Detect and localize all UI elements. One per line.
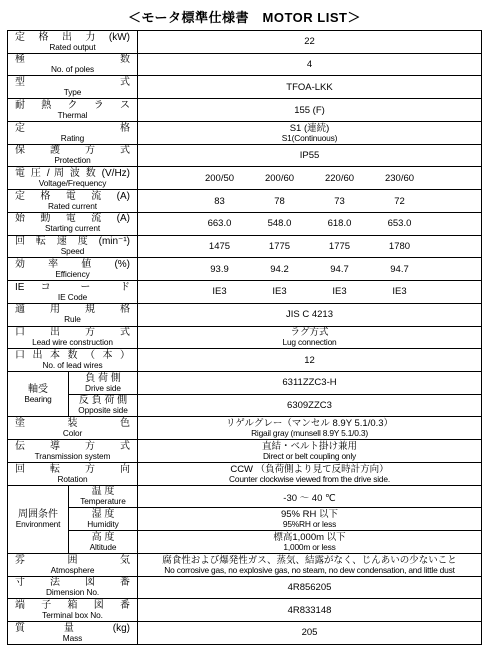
table-row: 電 圧 / 周 波 数 (V/Hz)Voltage/Frequency200/5…	[8, 167, 482, 190]
value-col-1: 200/50	[190, 173, 250, 184]
row-value-cell: 663.0548.0618.0653.0	[138, 212, 482, 235]
row-value-cell: ラグ方式Lug connection	[138, 326, 482, 349]
row-label-en: Drive side	[69, 384, 137, 394]
table-row: 回 転 速 度 (min⁻¹)Speed1475177517751780	[8, 235, 482, 258]
table-row: 雰 囲 気Atmosphere腐食性および爆発性ガス、蒸気、結露がなく、じんあい…	[8, 553, 482, 576]
row-value-cell: 200/50200/60220/60230/60	[138, 167, 482, 190]
value-columns: IE3IE3IE3IE3	[138, 286, 481, 297]
value-col-1: 83	[190, 196, 250, 207]
row-value-cell: 83787372	[138, 190, 482, 213]
row-label-en: No. of lead wires	[8, 361, 137, 371]
value-col-2: IE3	[250, 286, 310, 297]
row-label-en: Rotation	[8, 475, 137, 485]
page-title: ＜モータ標準仕様書 MOTOR LIST＞	[0, 7, 489, 26]
row-value-cell: S1 (連続)S1(Continuous)	[138, 121, 482, 144]
row-value: 22	[138, 36, 481, 47]
row-value-cell: 標高1,000m 以下1,000m or less	[138, 531, 482, 554]
value-columns: 663.0548.0618.0653.0	[138, 218, 481, 229]
row-value-cell: -30 ～ 40 ℃	[138, 485, 482, 508]
value-col-4: IE3	[370, 286, 430, 297]
row-value: 4R833148	[138, 605, 481, 616]
row-label-jp: 回 転 方 向	[8, 464, 137, 475]
value-columns: 200/50200/60220/60230/60	[138, 173, 481, 184]
row-label-en: Altitude	[69, 543, 137, 553]
row-value-cell: リゲルグレー（マンセル 8.9Y 5.1/0.3）Rigail gray (mu…	[138, 417, 482, 440]
row-label-jp: 定 格	[8, 123, 137, 134]
row-label-cell: 耐 熱 ク ラ スThermal	[8, 99, 138, 122]
spec-table-body: 定 格 出 力 (kW)Rated output22極 数No. of pole…	[8, 31, 482, 645]
value-columns: 1475177517751780	[138, 241, 481, 252]
row-label-en: Thermal	[8, 111, 137, 121]
row-value-cell: TFOA-LKK	[138, 76, 482, 99]
row-value-en: Direct or belt coupling only	[138, 452, 481, 462]
row-value: IP55	[138, 150, 481, 161]
row-label-en: Type	[8, 88, 137, 98]
value-col-1: IE3	[190, 286, 250, 297]
value-col-2: 1775	[250, 241, 310, 252]
table-row: 適 用 規 格RuleJIS C 4213	[8, 303, 482, 326]
value-col-3: 73	[310, 196, 370, 207]
row-value-cell: IE3IE3IE3IE3	[138, 281, 482, 304]
value-col-3: IE3	[310, 286, 370, 297]
row-label-en: IE Code	[8, 293, 137, 303]
spec-table: 定 格 出 力 (kW)Rated output22極 数No. of pole…	[7, 30, 482, 645]
table-row: 定 格 出 力 (kW)Rated output22	[8, 31, 482, 54]
row-value: 12	[138, 355, 481, 366]
row-value-cell: 22	[138, 31, 482, 54]
row-label-en: Mass	[8, 634, 137, 644]
row-label-en: Efficiency	[8, 270, 137, 280]
value-col-4: 653.0	[370, 218, 430, 229]
row-value: 4	[138, 59, 481, 70]
row-label-en: Rule	[8, 315, 137, 325]
row-label-cell: 定 格 電 流 (A)Rated current	[8, 190, 138, 213]
group-label-en: Bearing	[8, 395, 68, 405]
table-row: 塗 装 色Colorリゲルグレー（マンセル 8.9Y 5.1/0.3）Rigai…	[8, 417, 482, 440]
group-label-en: Environment	[8, 520, 68, 530]
row-value: 4R856205	[138, 582, 481, 593]
value-col-2: 548.0	[250, 218, 310, 229]
row-label-en: Starting current	[8, 224, 137, 234]
table-row: 口 出 本 数 （ 本 ）No. of lead wires12	[8, 349, 482, 372]
row-label-en: Dimension No.	[8, 588, 137, 598]
row-label-cell: 型 式Type	[8, 76, 138, 99]
row-value-cell: 4R856205	[138, 576, 482, 599]
table-row: 反 負 荷 側Opposite side6309ZZC3	[8, 394, 482, 417]
row-value-cell: 155 (F)	[138, 99, 482, 122]
row-label-jp: 負 荷 側	[69, 373, 137, 384]
row-value-jp: S1 (連続)	[138, 123, 481, 134]
row-label-jp: 雰 囲 気	[8, 555, 137, 566]
table-row: 極 数No. of poles4	[8, 53, 482, 76]
value-col-4: 94.7	[370, 264, 430, 275]
row-label-en: Atmosphere	[8, 566, 137, 576]
row-value-en: S1(Continuous)	[138, 134, 481, 144]
table-row: 定 格RatingS1 (連続)S1(Continuous)	[8, 121, 482, 144]
row-label-en: Voltage/Frequency	[8, 179, 137, 189]
row-label-en: Color	[8, 429, 137, 439]
value-col-4: 230/60	[370, 173, 430, 184]
row-value-en: Rigail gray (munsell 8.9Y 5.1/0.3)	[138, 429, 481, 439]
value-col-4: 72	[370, 196, 430, 207]
row-label-cell: 極 数No. of poles	[8, 53, 138, 76]
row-value-en: No corrosive gas, no explosive gas, no s…	[138, 566, 481, 576]
row-label-en: Temperature	[69, 497, 137, 507]
table-row: 質 量 (kg)Mass205	[8, 622, 482, 645]
row-value: 205	[138, 627, 481, 638]
row-label-cell: 質 量 (kg)Mass	[8, 622, 138, 645]
row-value: TFOA-LKK	[138, 82, 481, 93]
row-label-cell: 定 格 出 力 (kW)Rated output	[8, 31, 138, 54]
row-value: 6311ZZC3-H	[138, 377, 481, 388]
table-row: 型 式TypeTFOA-LKK	[8, 76, 482, 99]
row-label-en: Rated output	[8, 43, 137, 53]
value-col-2: 94.2	[250, 264, 310, 275]
row-label-cell: 湿 度Humidity	[69, 508, 138, 531]
row-label-cell: 口 出 本 数 （ 本 ）No. of lead wires	[8, 349, 138, 372]
row-value-cell: 4R833148	[138, 599, 482, 622]
row-label-en: Rated current	[8, 202, 137, 212]
table-row: 高 度Altitude標高1,000m 以下1,000m or less	[8, 531, 482, 554]
row-label-cell: 電 圧 / 周 波 数 (V/Hz)Voltage/Frequency	[8, 167, 138, 190]
group-label-cell: 軸受Bearing	[8, 372, 69, 417]
row-label-cell: 温 度Temperature	[69, 485, 138, 508]
row-value-cell: 腐食性および爆発性ガス、蒸気、結露がなく、じんあいの少ないことNo corros…	[138, 553, 482, 576]
table-row: 軸受Bearing負 荷 側Drive side6311ZZC3-H	[8, 372, 482, 395]
row-value-cell: JIS C 4213	[138, 303, 482, 326]
value-col-2: 200/60	[250, 173, 310, 184]
row-value-en: Counter clockwise viewed from the drive …	[138, 475, 481, 485]
row-label-cell: 負 荷 側Drive side	[69, 372, 138, 395]
row-label-jp: 定 格 出 力 (kW)	[8, 32, 137, 43]
table-row: 口 出 方 式Lead wire constructionラグ方式Lug con…	[8, 326, 482, 349]
value-col-3: 94.7	[310, 264, 370, 275]
table-row: 保 護 方 式ProtectionIP55	[8, 144, 482, 167]
row-value-jp: 腐食性および爆発性ガス、蒸気、結露がなく、じんあいの少ないこと	[138, 555, 481, 566]
row-label-cell: 雰 囲 気Atmosphere	[8, 553, 138, 576]
row-value-en: Lug connection	[138, 338, 481, 348]
row-value-jp: CCW （負荷側より見て反時計方向）	[138, 464, 481, 475]
row-label-cell: 寸 法 図 番Dimension No.	[8, 576, 138, 599]
row-value-cell: 93.994.294.794.7	[138, 258, 482, 281]
row-label-cell: 塗 装 色Color	[8, 417, 138, 440]
value-col-1: 663.0	[190, 218, 250, 229]
row-label-cell: 適 用 規 格Rule	[8, 303, 138, 326]
row-label-cell: 回 転 方 向Rotation	[8, 462, 138, 485]
group-label-cell: 周囲条件Environment	[8, 485, 69, 553]
row-value-cell: 6309ZZC3	[138, 394, 482, 417]
row-value-cell: 205	[138, 622, 482, 645]
row-label-en: Rating	[8, 134, 137, 144]
table-row: 寸 法 図 番Dimension No.4R856205	[8, 576, 482, 599]
row-label-cell: 端 子 箱 図 番Terminal box No.	[8, 599, 138, 622]
row-label-en: Protection	[8, 156, 137, 166]
table-row: 伝 導 方 式Transmission system直結・ベルト掛け兼用Dire…	[8, 440, 482, 463]
row-label-cell: 反 負 荷 側Opposite side	[69, 394, 138, 417]
value-col-4: 1780	[370, 241, 430, 252]
row-label-cell: 回 転 速 度 (min⁻¹)Speed	[8, 235, 138, 258]
table-row: 湿 度Humidity95% RH 以下95%RH or less	[8, 508, 482, 531]
row-label-cell: 始 動 電 流 (A)Starting current	[8, 212, 138, 235]
table-row: 周囲条件Environment温 度Temperature-30 ～ 40 ℃	[8, 485, 482, 508]
value-col-2: 78	[250, 196, 310, 207]
value-col-1: 1475	[190, 241, 250, 252]
row-value: 6309ZZC3	[138, 400, 481, 411]
value-col-3: 618.0	[310, 218, 370, 229]
table-row: 定 格 電 流 (A)Rated current83787372	[8, 190, 482, 213]
row-label-cell: 伝 導 方 式Transmission system	[8, 440, 138, 463]
table-row: 効 率 値 (%)Efficiency93.994.294.794.7	[8, 258, 482, 281]
row-value: JIS C 4213	[138, 309, 481, 320]
row-value: -30 ～ 40 ℃	[138, 490, 481, 504]
row-label-cell: IE コ ー ドIE Code	[8, 281, 138, 304]
row-label-cell: 高 度Altitude	[69, 531, 138, 554]
value-col-3: 220/60	[310, 173, 370, 184]
row-label-en: Transmission system	[8, 452, 137, 462]
row-value-en: 95%RH or less	[138, 520, 481, 530]
row-value-cell: 12	[138, 349, 482, 372]
row-label-en: No. of poles	[8, 65, 137, 75]
row-label-en: Speed	[8, 247, 137, 257]
row-value-cell: 6311ZZC3-H	[138, 372, 482, 395]
value-col-3: 1775	[310, 241, 370, 252]
value-col-1: 93.9	[190, 264, 250, 275]
row-label-en: Humidity	[69, 520, 137, 530]
row-value-cell: 4	[138, 53, 482, 76]
row-label-cell: 保 護 方 式Protection	[8, 144, 138, 167]
table-row: 始 動 電 流 (A)Starting current663.0548.0618…	[8, 212, 482, 235]
value-columns: 83787372	[138, 196, 481, 207]
row-value-cell: 95% RH 以下95%RH or less	[138, 508, 482, 531]
row-value-cell: CCW （負荷側より見て反時計方向）Counter clockwise view…	[138, 462, 482, 485]
row-label-en: Lead wire construction	[8, 338, 137, 348]
table-row: 回 転 方 向RotationCCW （負荷側より見て反時計方向）Counter…	[8, 462, 482, 485]
value-columns: 93.994.294.794.7	[138, 264, 481, 275]
row-value-en: 1,000m or less	[138, 543, 481, 553]
row-label-cell: 定 格Rating	[8, 121, 138, 144]
row-label-en: Terminal box No.	[8, 611, 137, 621]
row-label-en: Opposite side	[69, 406, 137, 416]
row-value: 155 (F)	[138, 105, 481, 116]
table-row: 端 子 箱 図 番Terminal box No.4R833148	[8, 599, 482, 622]
row-value-cell: 直結・ベルト掛け兼用Direct or belt coupling only	[138, 440, 482, 463]
row-value-cell: 1475177517751780	[138, 235, 482, 258]
row-label-cell: 効 率 値 (%)Efficiency	[8, 258, 138, 281]
row-label-cell: 口 出 方 式Lead wire construction	[8, 326, 138, 349]
table-row: IE コ ー ドIE CodeIE3IE3IE3IE3	[8, 281, 482, 304]
table-row: 耐 熱 ク ラ スThermal155 (F)	[8, 99, 482, 122]
row-value-cell: IP55	[138, 144, 482, 167]
